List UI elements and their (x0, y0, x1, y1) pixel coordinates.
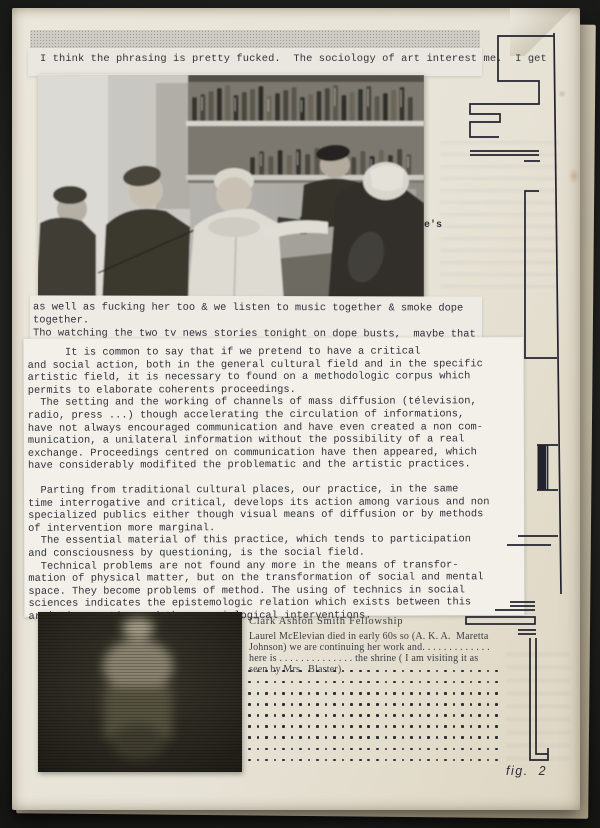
shrine-illustration (38, 612, 242, 772)
dot-row (248, 703, 498, 705)
essay-paragraph: Parting from traditional cultural places… (24, 483, 524, 535)
intro-line: I think the phrasing is pretty fucked. T… (40, 53, 510, 65)
essay-paragraph: The essential material of this practice,… (24, 533, 524, 560)
fellowship-title: Clark Ashton Smith Fellowship (249, 616, 403, 627)
zine-page: I think the phrasing is pretty fucked. T… (12, 8, 580, 810)
essay-paragraph: The setting and the working of channels … (24, 396, 524, 473)
paper-stain (568, 168, 580, 184)
bar-scene-photo (38, 74, 424, 303)
dot-row (248, 670, 498, 672)
paper-stain (558, 90, 566, 98)
dot-row (248, 681, 498, 683)
dot-row (248, 692, 498, 694)
dots-block (248, 670, 498, 770)
fellowship-body: Laurel McElevian died in early 60s so (A… (249, 631, 519, 675)
scan-background: I think the phrasing is pretty fucked. T… (0, 0, 600, 828)
bar-scene-illustration (38, 75, 424, 303)
dot-row (248, 725, 498, 727)
shrine-photo (38, 612, 242, 772)
dot-row (248, 748, 498, 750)
essay-sheet: It is common to say that if we pretend t… (24, 337, 525, 617)
dot-row (248, 736, 498, 738)
paper-fold-crease (510, 8, 580, 56)
ink-bleed-through (440, 138, 558, 288)
figure-label: fig. 2 (506, 764, 547, 778)
dot-row (248, 759, 498, 761)
dot-row (248, 714, 498, 716)
essay-paragraph: It is common to say that if we pretend t… (24, 337, 524, 397)
cutoff-text-fragment: e's (424, 220, 442, 231)
